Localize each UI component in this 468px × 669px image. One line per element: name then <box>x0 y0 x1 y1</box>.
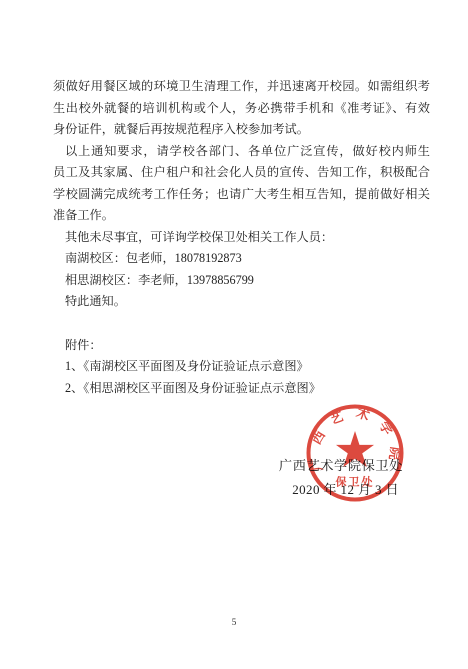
official-seal-stamp: 广西艺术学院 保卫处 <box>303 401 407 505</box>
body-line: 准备工作。 <box>53 205 430 227</box>
attachment-item-2: 2、《相思湖校区平面图及身份证验证点示意图》 <box>53 378 430 400</box>
attachments-label: 附件： <box>53 335 430 357</box>
seal-star-icon <box>336 431 374 467</box>
seal-bottom-text: 保卫处 <box>336 475 375 489</box>
contact-line-nanhu: 南湖校区：包老师，18078192873 <box>53 248 430 270</box>
body-line: 身份证件，就餐后再按规范程序入校参加考试。 <box>53 119 430 141</box>
seal-graphic: 广西艺术学院 保卫处 <box>303 401 407 505</box>
body-line: 生出校外就餐的培训机构或个人，务必携带手机和《准考证》、有效 <box>53 98 430 120</box>
body-line: 学校圆满完成统考工作任务；也请广大考生相互告知，提前做好相关 <box>53 184 430 206</box>
notice-body: 须做好用餐区域的环境卫生清理工作，并迅速离开校园。如需组织考 生出校外就餐的培训… <box>53 76 430 399</box>
document-page: 须做好用餐区域的环境卫生清理工作，并迅速离开校园。如需组织考 生出校外就餐的培训… <box>0 0 468 669</box>
contact-line-xiangsihu: 相思湖校区：李老师，13978856799 <box>53 270 430 292</box>
attachment-item-1: 1、《南湖校区平面图及身份证验证点示意图》 <box>53 356 430 378</box>
body-line: 员工及其家属、住户租户和社会化人员的宣传、告知工作，积极配合 <box>53 162 430 184</box>
page-number: 5 <box>0 618 468 628</box>
blank-gap <box>53 313 430 335</box>
body-line: 特此通知。 <box>53 291 430 313</box>
body-line: 须做好用餐区域的环境卫生清理工作，并迅速离开校园。如需组织考 <box>53 76 430 98</box>
body-line: 以上通知要求，请学校各部门、各单位广泛宣传，做好校内师生 <box>53 141 430 163</box>
body-line: 其他未尽事宜，可详询学校保卫处相关工作人员： <box>53 227 430 249</box>
